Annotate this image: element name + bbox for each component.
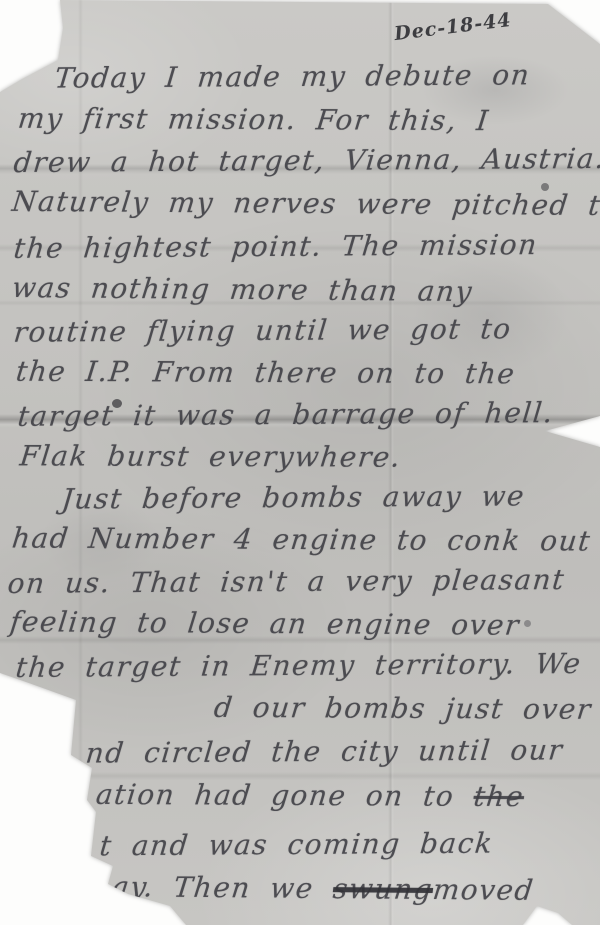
paper-shadow-wrap: Dec-18-44 Today I made my debute on my f… (0, 0, 600, 925)
letter-line: Just before bombs away we (60, 479, 527, 515)
letter-line: the hightest point. The mission (12, 228, 539, 265)
torn-letter-paper: Dec-18-44 Today I made my debute on my f… (0, 0, 600, 925)
ink-blot (524, 620, 531, 627)
letter-line: my first mission. For this, I (16, 102, 491, 137)
line-text: moved (431, 873, 536, 907)
letter-line: on us. That isn't a very pleasant (6, 563, 566, 600)
letter-line: drew a hot target, Vienna, Austria. (12, 142, 600, 179)
letter-line-torn-fragment: ay. Then we swungmoved (110, 870, 536, 907)
letter-line: Flak burst everywhere. (18, 439, 403, 473)
scanned-letter-page: { "document": { "kind": "handwritten-let… (0, 0, 600, 925)
letter-line: had Number 4 engine to conk out (10, 521, 593, 557)
struck-out-word: the (472, 780, 526, 813)
letter-line: was nothing more than any (10, 271, 474, 308)
letter-date: Dec-18-44 (393, 9, 513, 45)
line-text: ation had gone on to (94, 778, 475, 813)
scribbled-out-word: swung (331, 872, 434, 906)
letter-line-torn-fragment: d our bombs just over the (212, 691, 600, 726)
letter-line: the target in Enemy territory. We (14, 647, 583, 684)
letter-line: routine flying until we got to (12, 312, 513, 348)
letter-line: feeling to lose an engine over (8, 605, 521, 642)
letter-line: target it was a barrage of hell. (16, 396, 555, 433)
letter-line-torn-fragment: t and was coming back (98, 827, 495, 863)
letter-line-torn-fragment: ation had gone on to the (94, 778, 526, 813)
letter-line: Naturely my nerves were pitched to (10, 185, 600, 222)
letter-line: the I.P. From there on to the (14, 355, 517, 391)
letter-line-torn-fragment: nd circled the city until our (84, 733, 565, 769)
line-text: ay. Then we (110, 870, 335, 905)
letter-line: Today I made my debute on (53, 58, 532, 94)
